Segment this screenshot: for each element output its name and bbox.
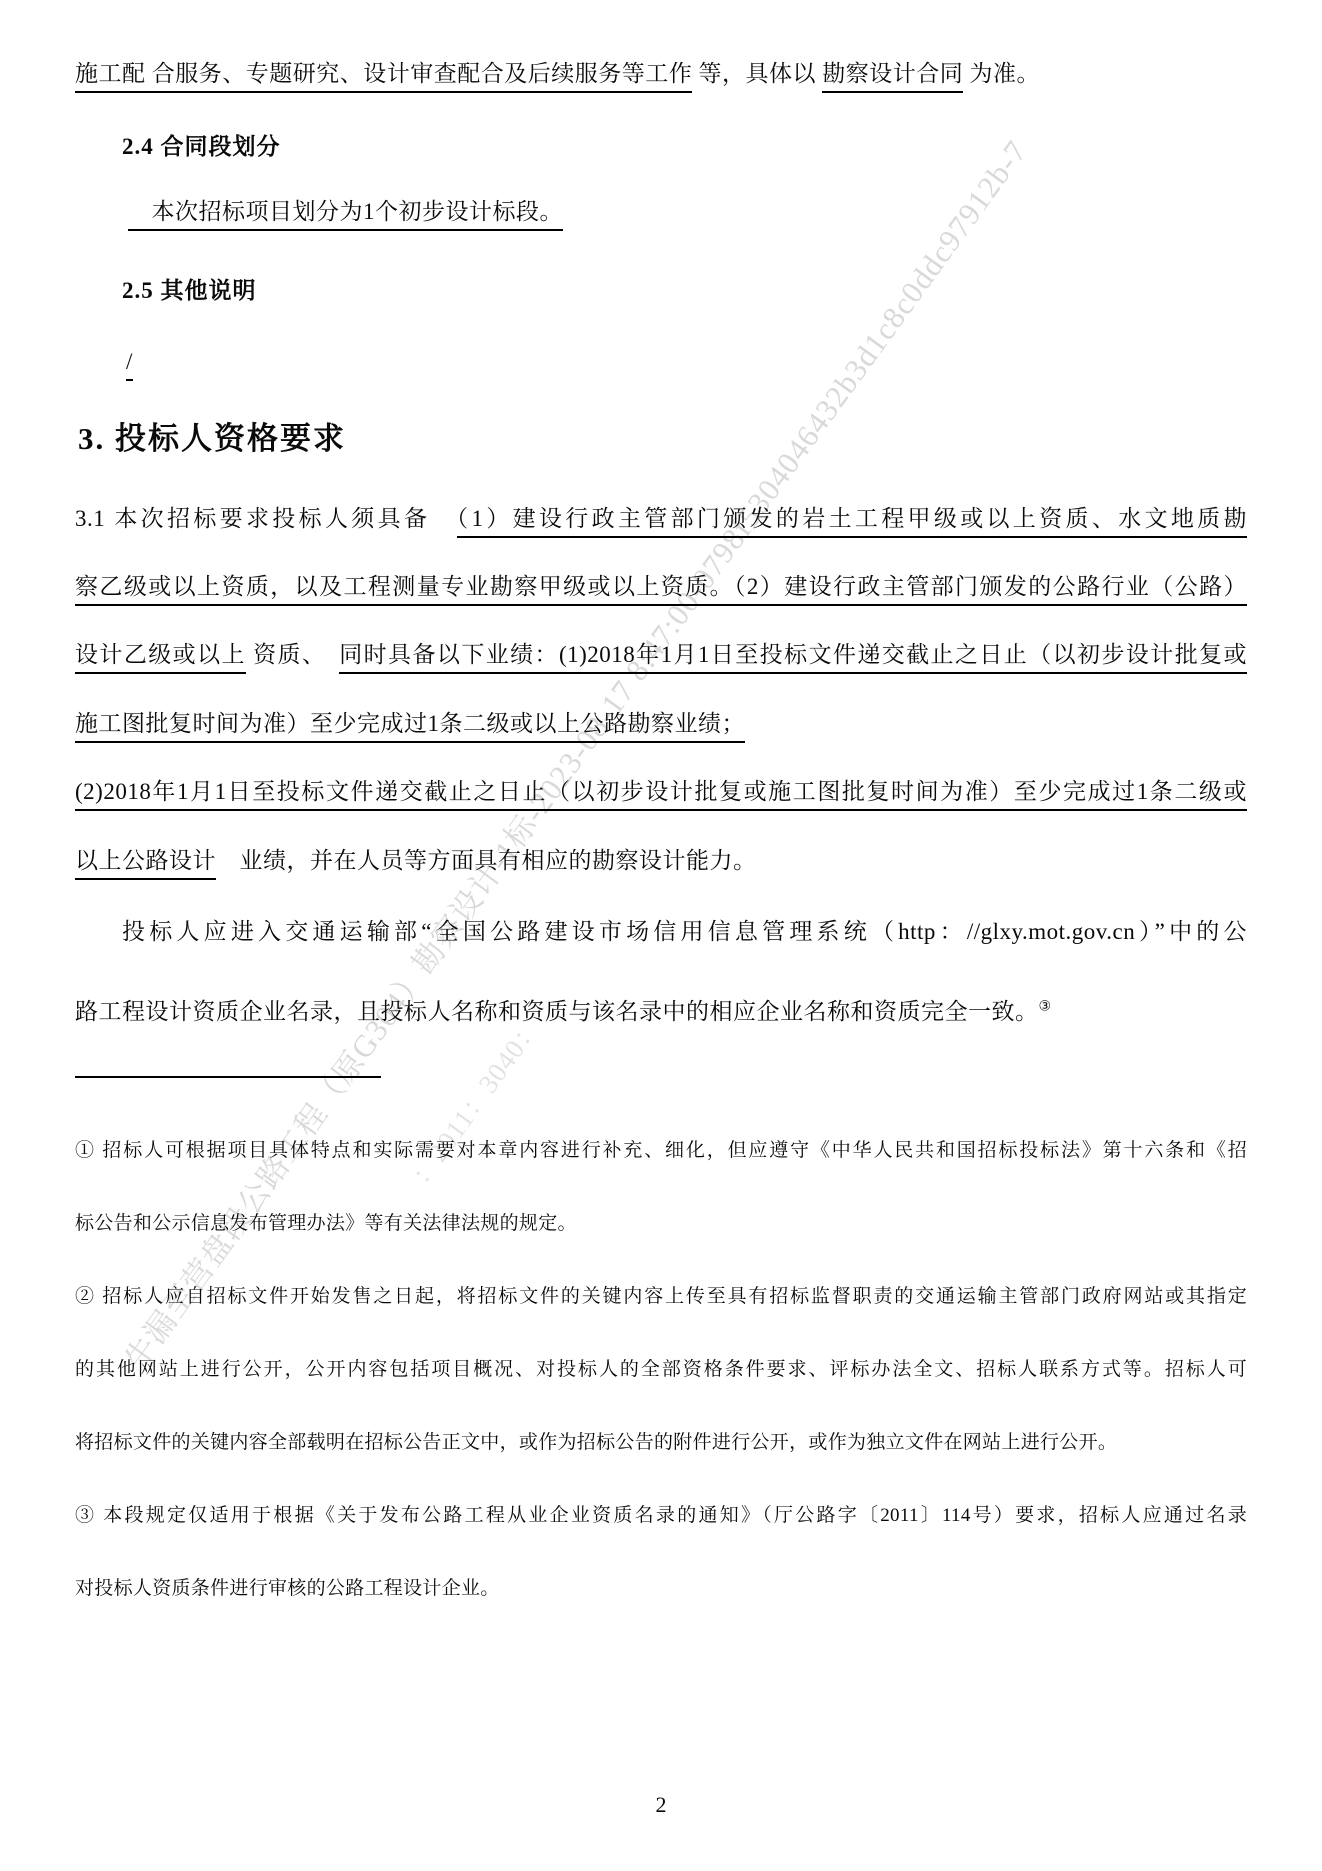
paragraph-credit-system-line-1: 投标人应进入交通运输部“全国公路建设市场信用信息管理系统（http：//glxy… [75,916,1247,947]
heading-contract-sections: 2.4 合同段划分 [122,128,281,161]
footnote-1-line-1: ① 招标人可根据项目具体特点和实际需要对本章内容进行补充、细化，但应遵守《中华人… [75,1138,1247,1164]
credit-system-text: 路工程设计资质企业名录，且投标人名称和资质与该名录中的相应企业名称和资质完全一致… [75,999,1039,1024]
clause-3-1-line-5: (2)2018年1月1日至投标文件递交截止之日止（以初步设计批复或施工图批复时间… [75,776,1247,807]
underlined-text-run: 察乙级或以上资质，以及工程测量专业勘察甲级或以上资质。（2）建设行政主管部门颁发… [75,574,1247,606]
underlined-text-run: 本次招标项目划分为1个初步设计标段。 [128,199,563,231]
underlined-text-run: 施工图批复时间为准）至少完成过1条二级或以上公路勘察业绩； [75,711,745,743]
footnote-3-line-2: 对投标人资质条件进行审核的公路工程设计企业。 [75,1576,1247,1602]
footnote-2-line-1: ② 招标人应自招标文件开始发售之日起，将招标文件的关键内容上传至具有招标监督职责… [75,1284,1247,1310]
clause-3-1-line-2: 察乙级或以上资质，以及工程测量专业勘察甲级或以上资质。（2）建设行政主管部门颁发… [75,571,1247,602]
underlined-text-run: 勘察设计合同 [822,61,963,93]
paragraph-credit-system-line-2: 路工程设计资质企业名录，且投标人名称和资质与该名录中的相应企业名称和资质完全一致… [75,996,1247,1027]
line-other-notes-value: / [126,346,1298,377]
document-page: 牛漏至营盘段公路工程（原G304）勘察设计-1标-2023-08-17 8:47… [0,0,1322,1871]
underlined-text-run: 施工配 合服务、专题研究、设计审查配合及后续服务等工作 [75,61,692,93]
clause-3-1-line-3: 设计乙级或以上 资质、 同时具备以下业绩：(1)2018年1月1日至投标文件递交… [75,639,1247,670]
paragraph-scope-services: 施工配 合服务、专题研究、设计审查配合及后续服务等工作 等，具体以 勘察设计合同… [75,58,1247,89]
page-number: 2 [0,1792,1322,1818]
text-run: 3.1 本次招标要求投标人须具备 [75,506,457,531]
underlined-text-run: 设计乙级或以上 [75,642,246,674]
text-run: 为准。 [963,61,1040,86]
clause-3-1-line-4: 施工图批复时间为准）至少完成过1条二级或以上公路勘察业绩； [75,708,1247,739]
footnote-2-line-3: 将招标文件的关键内容全部载明在招标公告正文中，或作为招标公告的附件进行公开，或作… [75,1430,1247,1456]
footnote-1-line-2: 标公告和公示信息发布管理办法》等有关法律法规的规定。 [75,1211,1247,1237]
text-run: 等，具体以 [692,61,822,86]
heading-other-notes: 2.5 其他说明 [122,272,257,305]
underlined-text-run: 同时具备以下业绩：(1)2018年1月1日至投标文件递交截止之日止（以初步设计批… [339,642,1247,674]
underlined-text-run: （1）建设行政主管部门颁发的岩土工程甲级或以上资质、水文地质勘 [457,506,1247,538]
heading-bidder-qualifications: 3. 投标人资格要求 [78,413,346,458]
footnote-2-line-2: 的其他网站上进行公开，公开内容包括项目概况、对投标人的全部资格条件要求、评标办法… [75,1357,1247,1383]
underlined-text-run: 以上公路设计 [75,848,216,880]
watermark-text: 牛漏至营盘段公路工程（原G304）勘察设计-1标-2023-08-17 8:47… [112,129,1036,1377]
underlined-text-run: (2)2018年1月1日至投标文件递交截止之日止（以初步设计批复或施工图批复时间… [75,779,1247,811]
text-run: 资质、 [246,642,339,667]
clause-3-1-line-1: 3.1 本次招标要求投标人须具备 （1）建设行政主管部门颁发的岩土工程甲级或以上… [75,503,1247,534]
line-contract-sections-value: 本次招标项目划分为1个初步设计标段。 [128,196,1300,227]
text-run: 业绩，并在人员等方面具有相应的勘察设计能力。 [216,848,757,873]
clause-3-1-line-6: 以上公路设计 业绩，并在人员等方面具有相应的勘察设计能力。 [75,845,1247,876]
footnote-3-line-1: ③ 本段规定仅适用于根据《关于发布公路工程从业企业资质名录的通知》（厅公路字〔2… [75,1503,1247,1529]
underlined-text-run: / [126,349,133,381]
footnote-separator [75,1076,381,1078]
footnote-ref-3: ③ [1039,999,1052,1014]
